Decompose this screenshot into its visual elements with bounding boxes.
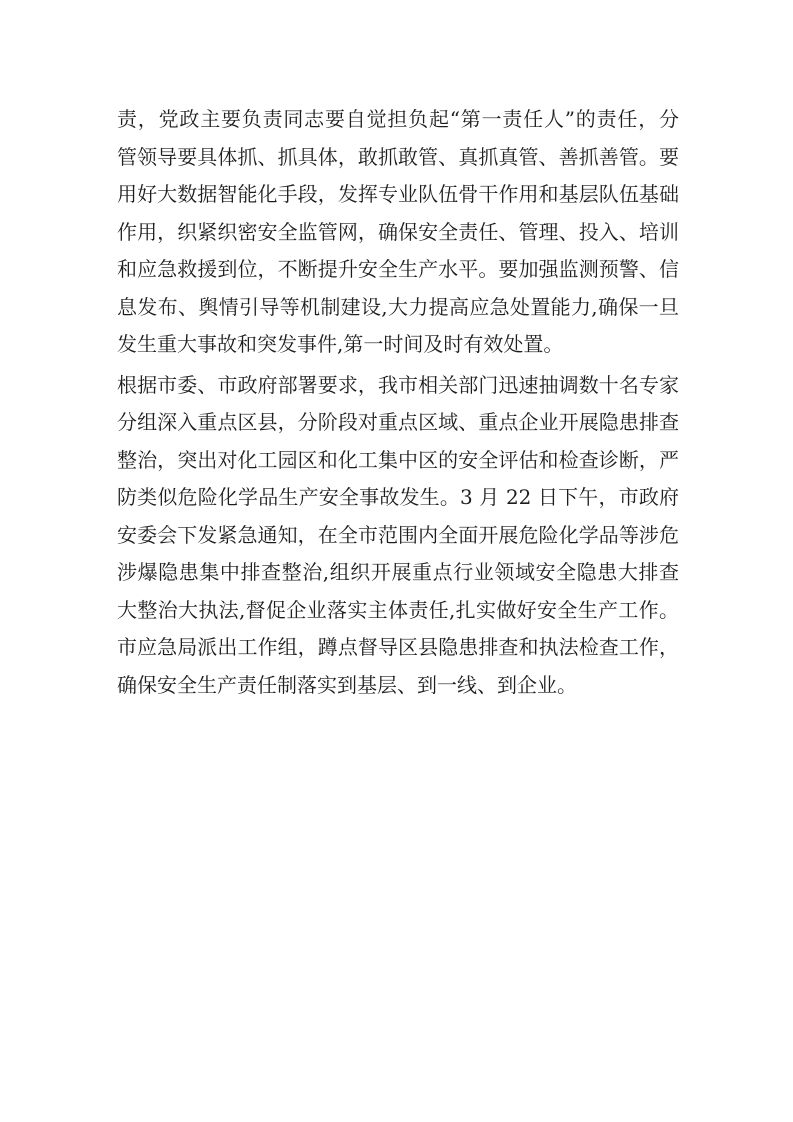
text-line: 息发布、舆情引导等机制建设,大力提高应急处置能力,确保一旦 bbox=[117, 289, 679, 327]
text-line: 责，党政主要负责同志要自觉担负起“第一责任人”的责任，分 bbox=[117, 101, 679, 139]
text-line: 大整治大执法,督促企业落实主体责任,扎实做好安全生产工作。 bbox=[117, 592, 679, 630]
text-line: 防类似危险化学品生产安全事故发生。3 月 22 日下午，市政府 bbox=[117, 479, 679, 517]
text-line: 管领导要具体抓、抓具体，敢抓敢管、真抓真管、善抓善管。要 bbox=[117, 139, 679, 177]
document-page: 责，党政主要负责同志要自觉担负起“第一责任人”的责任，分 管领导要具体抓、抓具体… bbox=[0, 0, 793, 1122]
text-line: 市应急局派出工作组，蹲点督导区县隐患排查和执法检查工作， bbox=[117, 629, 679, 667]
document-text-block: 责，党政主要负责同志要自觉担负起“第一责任人”的责任，分 管领导要具体抓、抓具体… bbox=[117, 101, 679, 704]
text-line: 确保安全生产责任制落实到基层、到一线、到企业。 bbox=[117, 667, 679, 705]
text-line: 分组深入重点区县，分阶段对重点区域、重点企业开展隐患排查 bbox=[117, 404, 679, 442]
text-line: 和应急救援到位，不断提升安全生产水平。要加强监测预警、信 bbox=[117, 251, 679, 289]
text-line: 涉爆隐患集中排查整治,组织开展重点行业领域安全隐患大排查 bbox=[117, 554, 679, 592]
text-line: 作用，织紧织密安全监管网，确保安全责任、管理、投入、培训 bbox=[117, 214, 679, 252]
paragraph-2: 根据市委、市政府部署要求，我市相关部门迅速抽调数十名专家 分组深入重点区县，分阶… bbox=[117, 367, 679, 705]
text-line: 发生重大事故和突发事件,第一时间及时有效处置。 bbox=[117, 326, 679, 364]
text-line: 根据市委、市政府部署要求，我市相关部门迅速抽调数十名专家 bbox=[117, 367, 679, 405]
paragraph-1: 责，党政主要负责同志要自觉担负起“第一责任人”的责任，分 管领导要具体抓、抓具体… bbox=[117, 101, 679, 364]
text-line: 安委会下发紧急通知，在全市范围内全面开展危险化学品等涉危 bbox=[117, 517, 679, 555]
text-line: 整治，突出对化工园区和化工集中区的安全评估和检查诊断，严 bbox=[117, 442, 679, 480]
text-line: 用好大数据智能化手段，发挥专业队伍骨干作用和基层队伍基础 bbox=[117, 176, 679, 214]
